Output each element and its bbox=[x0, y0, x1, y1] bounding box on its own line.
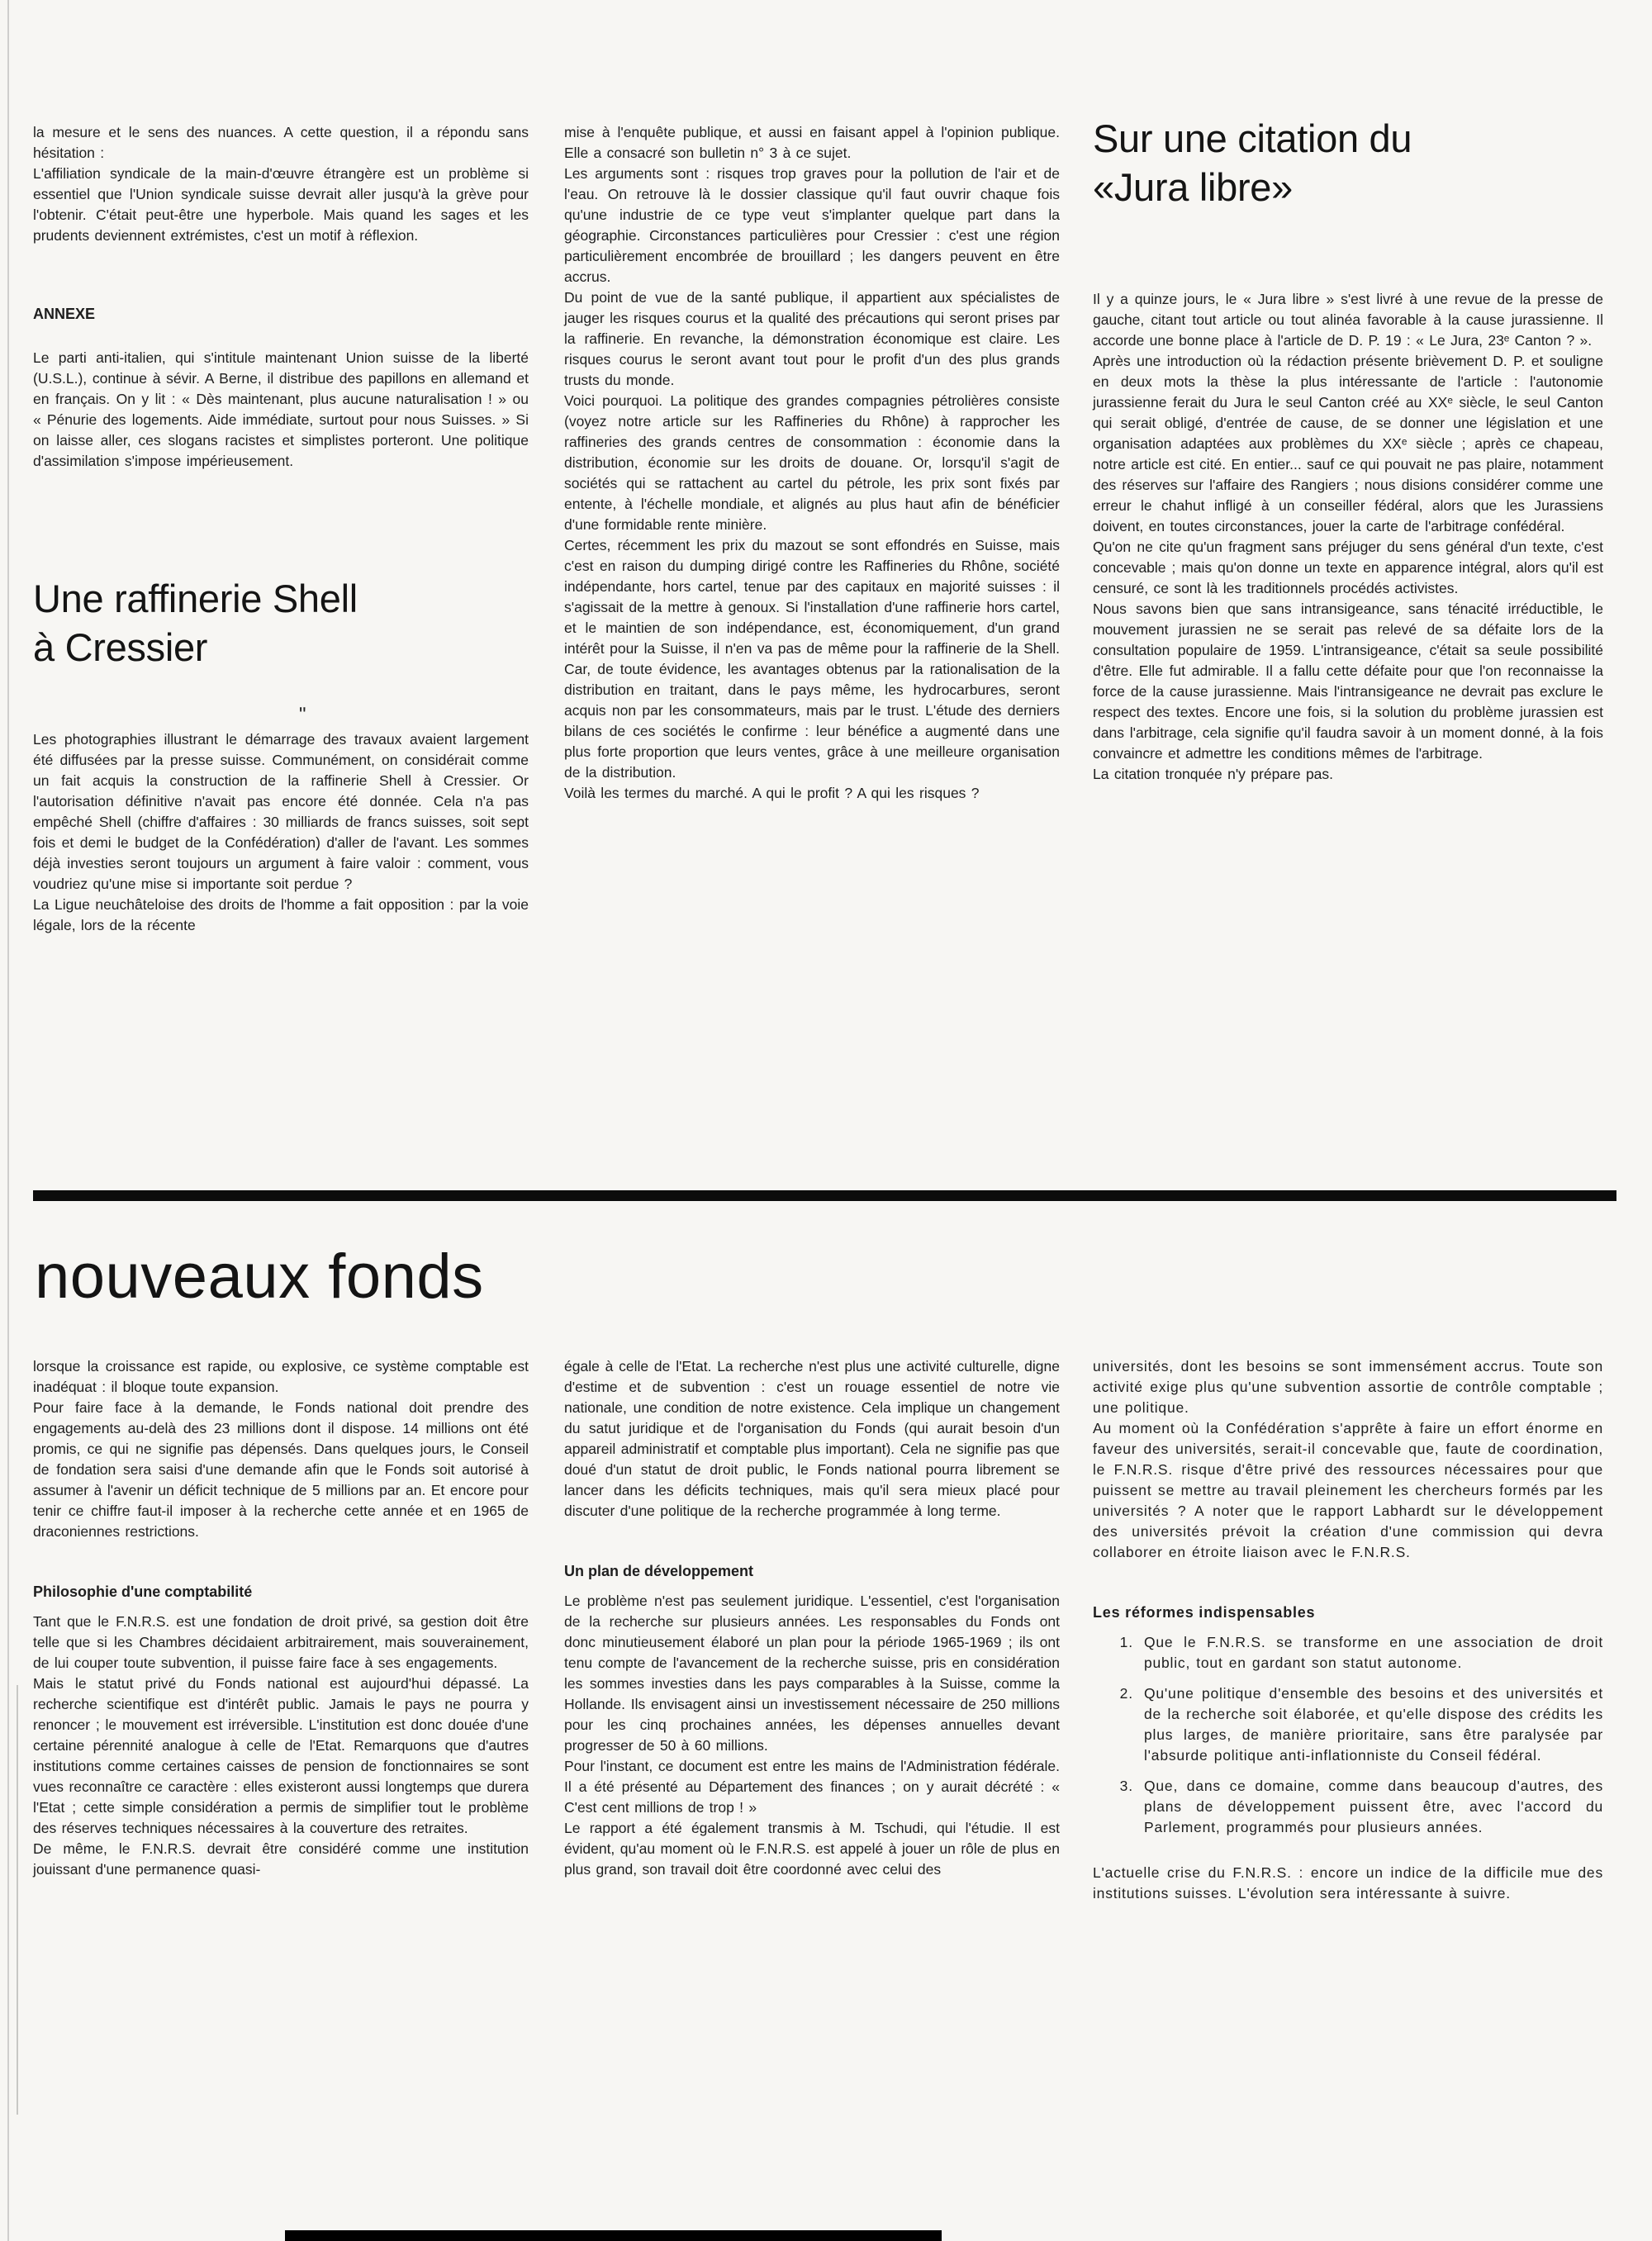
headline-line-2: «Jura libre» bbox=[1093, 163, 1603, 211]
paragraph: Le parti anti-italien, qui s'intitule ma… bbox=[33, 348, 529, 472]
list-item: Que le F.N.R.S. se transforme en une ass… bbox=[1139, 1632, 1603, 1674]
paragraph: Mais le statut privé du Fonds national e… bbox=[33, 1674, 529, 1839]
print-artifact-mark: ʺ bbox=[299, 704, 306, 727]
paragraph: Le problème n'est pas seulement juridiqu… bbox=[564, 1591, 1060, 1756]
subhead-philosophie-comptabilite: Philosophie d'une comptabilité bbox=[33, 1582, 529, 1602]
closing-paragraph: L'actuelle crise du F.N.R.S. : encore un… bbox=[1093, 1863, 1603, 1904]
headline-line-2: à Cressier bbox=[33, 623, 529, 672]
paragraph: Certes, récemment les prix du mazout se … bbox=[564, 535, 1060, 783]
subhead-reformes-indispensables: Les réformes indispensables bbox=[1093, 1602, 1603, 1622]
paragraph: Pour l'instant, ce document est entre le… bbox=[564, 1756, 1060, 1818]
bottom-scan-bar bbox=[285, 2230, 942, 2241]
fonds-column-3: universités, dont les besoins se sont im… bbox=[1093, 1356, 1603, 1904]
paragraph: L'affiliation syndicale de la main-d'œuv… bbox=[33, 164, 529, 246]
scan-edge-line bbox=[7, 0, 9, 2241]
intro-paragraphs: la mesure et le sens des nuances. A cett… bbox=[33, 122, 529, 246]
headline-raffinerie-shell: Une raffinerie Shell à Cressier bbox=[33, 574, 529, 672]
fonds-column-2: égale à celle de l'Etat. La recherche n'… bbox=[564, 1356, 1060, 1880]
article-column-2: mise à l'enquête publique, et aussi en f… bbox=[564, 122, 1060, 804]
article-body: Le problème n'est pas seulement juridiqu… bbox=[564, 1591, 1060, 1880]
annexe-heading: ANNEXE bbox=[33, 304, 529, 325]
paragraph: L'actuelle crise du F.N.R.S. : encore un… bbox=[1093, 1863, 1603, 1904]
article-column-3: Sur une citation du «Jura libre» Il y a … bbox=[1093, 114, 1603, 785]
article-body: lorsque la croissance est rapide, ou exp… bbox=[33, 1356, 529, 1542]
list-item: Qu'une politique d'ensemble des besoins … bbox=[1139, 1683, 1603, 1766]
annexe-paragraphs: Le parti anti-italien, qui s'intitule ma… bbox=[33, 348, 529, 472]
paragraph: La Ligue neuchâteloise des droits de l'h… bbox=[33, 895, 529, 936]
fonds-column-1: lorsque la croissance est rapide, ou exp… bbox=[33, 1356, 529, 1880]
paragraph: égale à celle de l'Etat. La recherche n'… bbox=[564, 1356, 1060, 1522]
paragraph: De même, le F.N.R.S. devrait être consid… bbox=[33, 1839, 529, 1880]
article-body: universités, dont les besoins se sont im… bbox=[1093, 1356, 1603, 1563]
paragraph: Au moment où la Confédération s'apprête … bbox=[1093, 1418, 1603, 1563]
paragraph: Du point de vue de la santé publique, il… bbox=[564, 287, 1060, 391]
newspaper-page: la mesure et le sens des nuances. A cett… bbox=[0, 0, 1652, 2241]
article-column-1: la mesure et le sens des nuances. A cett… bbox=[33, 122, 529, 936]
headline-line-1: Une raffinerie Shell bbox=[33, 574, 529, 623]
paragraph: universités, dont les besoins se sont im… bbox=[1093, 1356, 1603, 1418]
paragraph: Il y a quinze jours, le « Jura libre » s… bbox=[1093, 289, 1603, 351]
paragraph: Les photographies illustrant le démarrag… bbox=[33, 729, 529, 895]
section-divider-rule bbox=[33, 1190, 1616, 1201]
paragraph: Voilà les termes du marché. A qui le pro… bbox=[564, 783, 1060, 804]
paragraph: mise à l'enquête publique, et aussi en f… bbox=[564, 122, 1060, 164]
article-body: mise à l'enquête publique, et aussi en f… bbox=[564, 122, 1060, 804]
headline-jura-libre: Sur une citation du «Jura libre» bbox=[1093, 114, 1603, 211]
paragraph: Tant que le F.N.R.S. est une fondation d… bbox=[33, 1612, 529, 1674]
scan-edge-line-fragment bbox=[17, 1685, 18, 2115]
headline-line-1: Sur une citation du bbox=[1093, 114, 1603, 163]
article-body: Les photographies illustrant le démarrag… bbox=[33, 729, 529, 936]
paragraph: Nous savons bien que sans intransigeance… bbox=[1093, 599, 1603, 764]
paragraph: la mesure et le sens des nuances. A cett… bbox=[33, 122, 529, 164]
article-body: égale à celle de l'Etat. La recherche n'… bbox=[564, 1356, 1060, 1522]
paragraph: Voici pourquoi. La politique des grandes… bbox=[564, 391, 1060, 535]
paragraph: La citation tronquée n'y prépare pas. bbox=[1093, 764, 1603, 785]
list-item: Que, dans ce domaine, comme dans beaucou… bbox=[1139, 1776, 1603, 1838]
paragraph: Qu'on ne cite qu'un fragment sans préjug… bbox=[1093, 537, 1603, 599]
article-body: Tant que le F.N.R.S. est une fondation d… bbox=[33, 1612, 529, 1880]
paragraph: Le rapport a été également transmis à M.… bbox=[564, 1818, 1060, 1880]
subhead-plan-developpement: Un plan de développement bbox=[564, 1561, 1060, 1581]
reform-list: Que le F.N.R.S. se transforme en une ass… bbox=[1093, 1632, 1603, 1838]
paragraph: Pour faire face à la demande, le Fonds n… bbox=[33, 1398, 529, 1542]
article-body: Il y a quinze jours, le « Jura libre » s… bbox=[1093, 289, 1603, 785]
paragraph: Les arguments sont : risques trop graves… bbox=[564, 164, 1060, 287]
paragraph: lorsque la croissance est rapide, ou exp… bbox=[33, 1356, 529, 1398]
paragraph: Après une introduction où la rédaction p… bbox=[1093, 351, 1603, 537]
headline-nouveaux-fonds: nouveaux fonds bbox=[35, 1244, 484, 1310]
